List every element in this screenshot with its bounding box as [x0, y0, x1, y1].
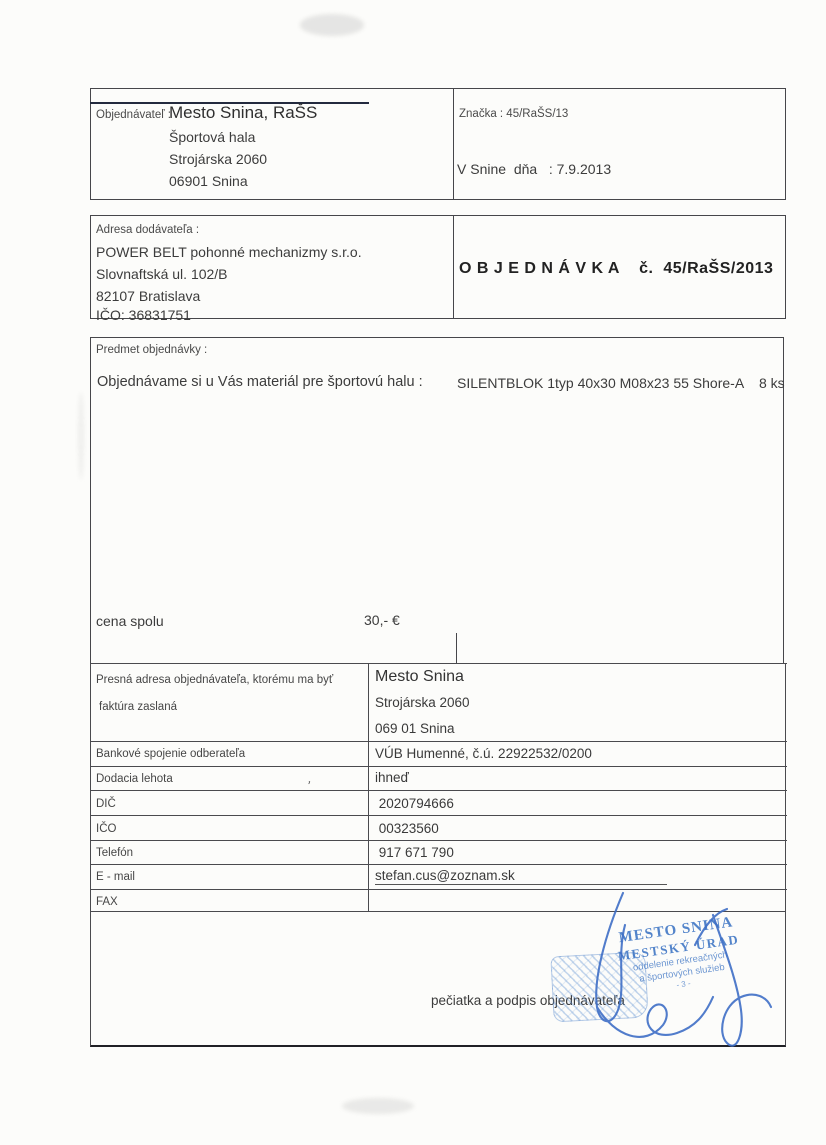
row-value: 2020794666	[375, 796, 454, 811]
table-row: Telefón 917 671 790	[91, 840, 787, 864]
row-label: IČO	[96, 823, 116, 835]
table-column-divider	[368, 742, 369, 766]
row-label: DIČ	[96, 798, 116, 810]
row-label: Bankové spojenie odberateľa	[96, 748, 245, 760]
row-value: 00323560	[375, 821, 439, 836]
total-label: cena spolu	[96, 613, 164, 629]
row-label: faktúra zaslaná	[99, 701, 177, 713]
customer-name: Mesto Snina, RaŠS	[169, 103, 317, 123]
supplier-name: POWER BELT pohonné mechanizmy s.r.o.	[96, 244, 362, 260]
table-column-divider	[368, 865, 369, 889]
scan-smudge-bottom	[342, 1098, 414, 1114]
row-label: Dodacia lehota	[96, 773, 173, 785]
supplier-box-divider	[453, 216, 454, 318]
details-table: Presná adresa objednávateľa, ktorému ma …	[90, 663, 786, 912]
subject-label: Predmet objednávky :	[96, 344, 207, 356]
row-label: E - mail	[96, 871, 135, 883]
table-column-divider	[368, 841, 369, 864]
table-column-divider	[368, 791, 369, 815]
table-column-divider	[368, 767, 369, 790]
total-value: 30,- €	[364, 612, 400, 628]
order-title: O B J E D N Á V K A č. 45/RaŠS/2013	[459, 260, 773, 278]
customer-box: Objednávateľ : Mesto Snina, RaŠS Športov…	[90, 88, 786, 200]
row-label: Telefón	[96, 847, 133, 859]
table-column-divider	[368, 816, 369, 840]
email-value: stefan.cus@zoznam.sk	[375, 868, 667, 885]
customer-address-line: Športová hala	[169, 129, 255, 145]
total-tick-line	[456, 633, 457, 664]
row-value: VÚB Humenné, č.ú. 22922532/0200	[375, 746, 592, 761]
row-value: 069 01 Snina	[375, 721, 455, 736]
table-row: Presná adresa objednávateľa, ktorému ma …	[91, 663, 787, 741]
table-row: IČO 00323560	[91, 815, 787, 840]
subject-box: Predmet objednávky : Objednávame si u Vá…	[90, 337, 784, 663]
row-value: 917 671 790	[375, 845, 454, 860]
table-column-divider	[368, 664, 369, 741]
table-row: Dodacia lehota ihneď	[91, 766, 787, 790]
customer-address-line: Strojárska 2060	[169, 151, 267, 167]
supplier-street: Slovnaftská ul. 102/B	[96, 266, 228, 282]
scan-smudge-top	[300, 14, 364, 36]
order-item: SILENTBLOK 1typ 40x30 M08x23 55 Shore-A …	[457, 375, 785, 391]
row-value: Strojárska 2060	[375, 695, 470, 710]
table-row: DIČ 2020794666	[91, 790, 787, 815]
customer-box-divider	[453, 89, 454, 199]
date-line: V Snine dňa : 7.9.2013	[457, 161, 611, 177]
scan-streak-left	[78, 392, 84, 480]
table-row: Bankové spojenie odberateľa VÚB Humenné,…	[91, 741, 787, 766]
row-value: ihneď	[375, 770, 409, 785]
customer-label: Objednávateľ :	[96, 109, 171, 121]
row-label: FAX	[96, 896, 118, 908]
supplier-box: Adresa dodávateľa : POWER BELT pohonné m…	[90, 215, 786, 319]
row-value: Mesto Snina	[375, 668, 464, 686]
customer-address-line: 06901 Snina	[169, 173, 248, 189]
row-value-email: stefan.cus@zoznam.sk	[375, 868, 667, 885]
supplier-label: Adresa dodávateľa :	[96, 224, 199, 236]
table-column-divider	[368, 890, 369, 912]
request-text: Objednávame si u Vás materiál pre športo…	[97, 374, 423, 390]
scanned-order-document: { "colors": { "ink": "#3a3a3a", "line": …	[0, 0, 826, 1145]
signature-ink	[545, 885, 785, 1065]
supplier-ico: IČO: 36831751	[96, 307, 191, 323]
reference-number: Značka : 45/RaŠS/13	[459, 108, 568, 120]
row-label: Presná adresa objednávateľa, ktorému ma …	[96, 674, 333, 686]
supplier-city: 82107 Bratislava	[96, 288, 200, 304]
